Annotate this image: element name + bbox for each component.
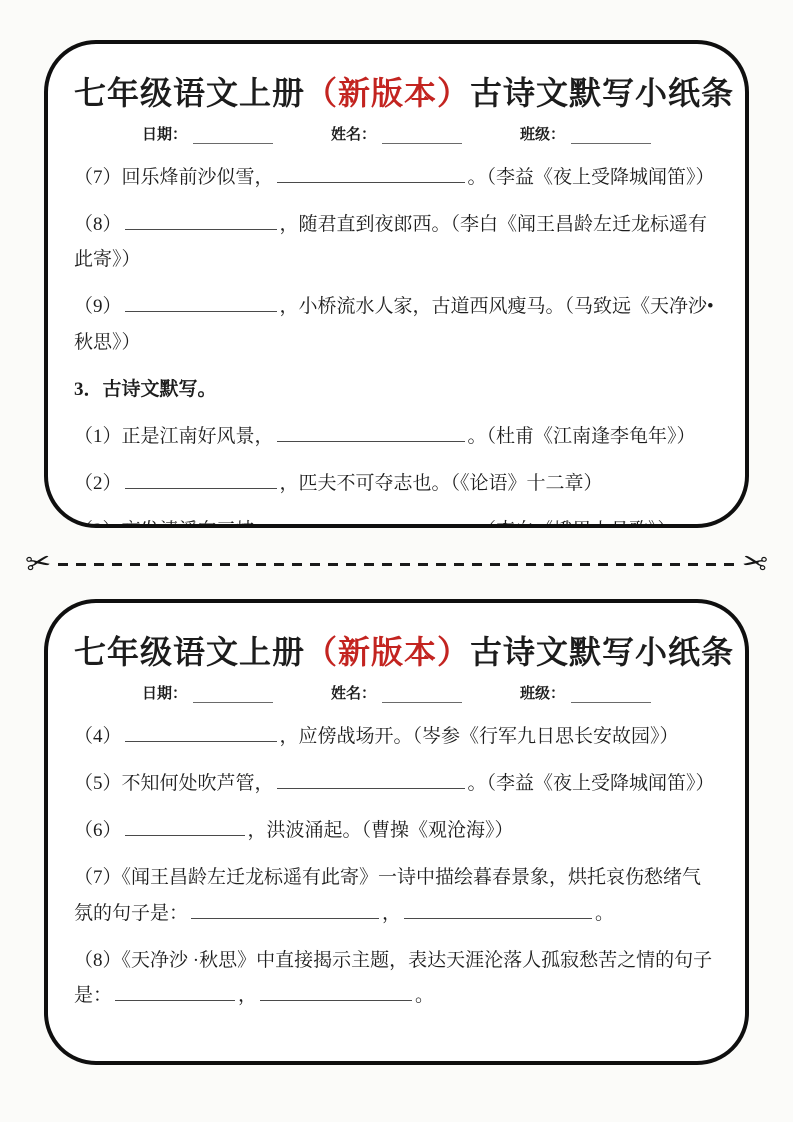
question-text: 。（杜甫《江南逢李龟年》） — [468, 426, 696, 447]
answer-blank — [125, 212, 277, 230]
answer-blank — [277, 424, 465, 442]
section-heading: 3．古诗文默写。 — [74, 372, 719, 407]
answer-blank — [125, 294, 277, 312]
worksheet-card-2: 七年级语文上册（新版本）古诗文默写小纸条 日期： 姓名： 班级： （4），应傍战… — [44, 599, 749, 1065]
question-text: （1）正是江南好风景， — [74, 426, 274, 447]
question-text: ， — [238, 985, 257, 1006]
class-blank-line — [571, 129, 651, 144]
question-list: （7）回乐烽前沙似雪，。（李益《夜上受降城闻笛》）（8），随君直到夜郎西。（李白… — [74, 160, 719, 528]
scissors-icon: ✂ — [24, 547, 54, 581]
class-field: 班级： — [520, 123, 651, 144]
question-text: 3．古诗文默写。 — [74, 379, 217, 400]
question-text: ，应傍战场开。（岑参《行军九日思长安故园》） — [280, 726, 679, 747]
question-text: 。（李白《峨眉山月歌》） — [468, 520, 677, 528]
question-line: （9），小桥流水人家，古道西风瘦马。（马致远《天净沙•秋思》） — [74, 289, 719, 359]
question-text: （3）夜发清溪向三峡， — [74, 520, 274, 528]
class-label: 班级： — [520, 123, 565, 144]
page-title: 七年级语文上册（新版本）古诗文默写小纸条 — [74, 68, 719, 114]
question-line: （3）夜发清溪向三峡，。（李白《峨眉山月歌》） — [74, 513, 719, 528]
question-text: 。 — [595, 903, 614, 924]
question-text: ，洪波涌起。（曹操《观沧海》） — [248, 820, 514, 841]
title-text-post: 古诗文默写小纸条 — [470, 75, 734, 111]
question-text: （2） — [74, 473, 122, 494]
class-label: 班级： — [520, 682, 565, 703]
worksheet-page: 七年级语文上册（新版本）古诗文默写小纸条 日期： 姓名： 班级： （7）回乐烽前… — [0, 0, 793, 1065]
question-text: 。 — [415, 985, 434, 1006]
question-line: （2），匹夫不可夺志也。（《论语》十二章） — [74, 466, 719, 501]
name-field: 姓名： — [331, 682, 462, 703]
page-title: 七年级语文上册（新版本）古诗文默写小纸条 — [74, 627, 719, 673]
answer-blank — [277, 518, 465, 528]
meta-fields: 日期： 姓名： 班级： — [74, 682, 719, 703]
title-edition-highlight: （新版本） — [305, 75, 470, 111]
name-field: 姓名： — [331, 123, 462, 144]
class-field: 班级： — [520, 682, 651, 703]
answer-blank — [277, 165, 465, 183]
name-label: 姓名： — [331, 123, 376, 144]
question-line: （8）《天净沙 ·秋思》中直接揭示主题，表达天涯沦落人孤寂愁苦之情的句子是：，。 — [74, 943, 719, 1013]
question-text: （5）不知何处吹芦管， — [74, 773, 274, 794]
class-blank-line — [571, 688, 651, 703]
worksheet-card-1: 七年级语文上册（新版本）古诗文默写小纸条 日期： 姓名： 班级： （7）回乐烽前… — [44, 40, 749, 528]
answer-blank — [115, 983, 235, 1001]
question-text: ， — [382, 903, 401, 924]
scissors-icon: ✂ — [739, 547, 769, 581]
date-label: 日期： — [142, 682, 187, 703]
question-text: ，匹夫不可夺志也。（《论语》十二章） — [280, 473, 603, 494]
title-text-pre: 七年级语文上册 — [74, 75, 305, 111]
answer-blank — [404, 901, 592, 919]
name-blank-line — [382, 129, 462, 144]
answer-blank — [125, 724, 277, 742]
question-line: （4），应傍战场开。（岑参《行军九日思长安故园》） — [74, 719, 719, 754]
question-text: （8） — [74, 214, 122, 235]
answer-blank — [191, 901, 379, 919]
date-field: 日期： — [142, 682, 273, 703]
answer-blank — [125, 471, 277, 489]
name-label: 姓名： — [331, 682, 376, 703]
name-blank-line — [382, 688, 462, 703]
answer-blank — [277, 771, 465, 789]
question-line: （5）不知何处吹芦管，。（李益《夜上受降城闻笛》） — [74, 766, 719, 801]
meta-fields: 日期： 姓名： 班级： — [74, 123, 719, 144]
question-list: （4），应傍战场开。（岑参《行军九日思长安故园》）（5）不知何处吹芦管，。（李益… — [74, 719, 719, 1013]
question-line: （1）正是江南好风景，。（杜甫《江南逢李龟年》） — [74, 419, 719, 454]
dashed-cut-line — [58, 563, 735, 566]
title-text-pre: 七年级语文上册 — [74, 634, 305, 670]
date-blank-line — [193, 688, 273, 703]
answer-blank — [125, 818, 245, 836]
question-line: （7）《闻王昌龄左迁龙标遥有此寄》一诗中描绘暮春景象，烘托哀伤愁绪气氛的句子是：… — [74, 860, 719, 930]
question-text: （7）回乐烽前沙似雪， — [74, 167, 274, 188]
question-text: 。（李益《夜上受降城闻笛》） — [468, 167, 715, 188]
question-line: （7）回乐烽前沙似雪，。（李益《夜上受降城闻笛》） — [74, 160, 719, 195]
date-blank-line — [193, 129, 273, 144]
question-text: （9） — [74, 296, 122, 317]
title-text-post: 古诗文默写小纸条 — [470, 634, 734, 670]
date-field: 日期： — [142, 123, 273, 144]
cut-line: ✂ ✂ — [26, 542, 767, 586]
question-line: （8），随君直到夜郎西。（李白《闻王昌龄左迁龙标遥有此寄》） — [74, 207, 719, 277]
question-text: （6） — [74, 820, 122, 841]
question-line: （6），洪波涌起。（曹操《观沧海》） — [74, 813, 719, 848]
question-text: 。（李益《夜上受降城闻笛》） — [468, 773, 715, 794]
date-label: 日期： — [142, 123, 187, 144]
title-edition-highlight: （新版本） — [305, 634, 470, 670]
answer-blank — [260, 983, 412, 1001]
question-text: （4） — [74, 726, 122, 747]
